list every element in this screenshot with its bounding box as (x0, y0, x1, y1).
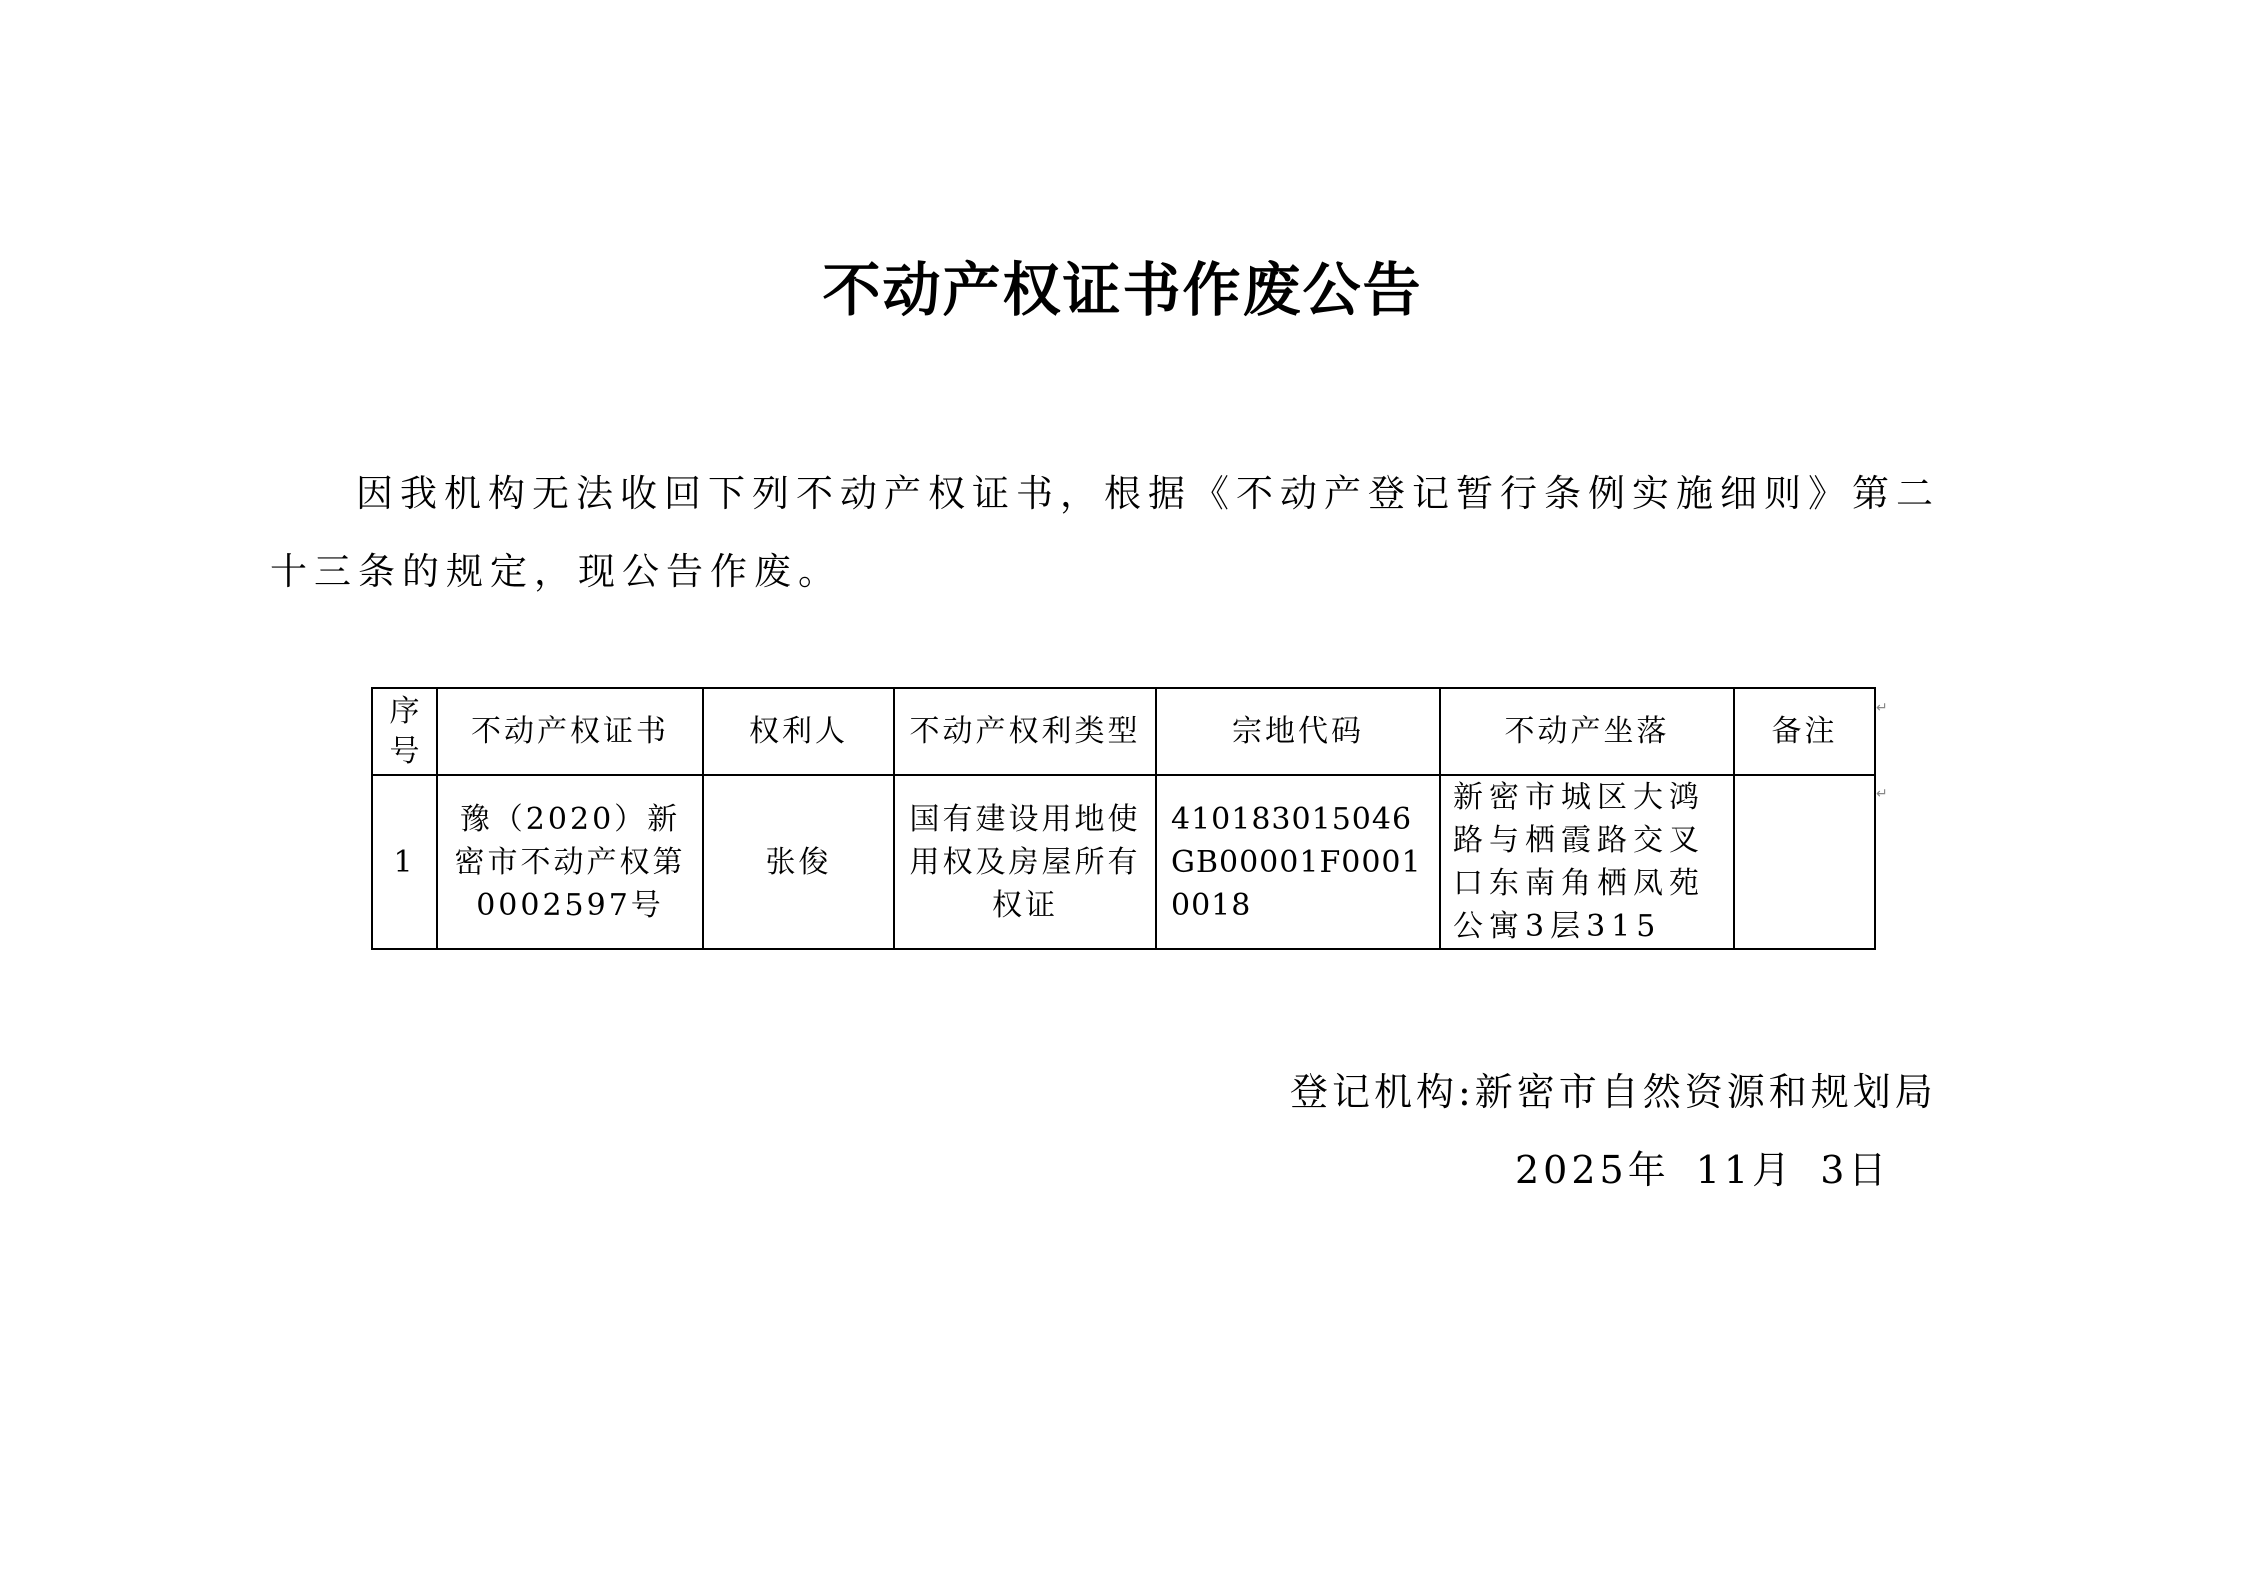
table-header-row: 序 号 不动产权证书 权利人 不动产权利类型 宗地代码 不动产坐落 备注 (372, 688, 1875, 775)
cell-seq: 1 (372, 775, 437, 949)
table-row: 1 豫（2020）新密市不动产权第0002597号 张俊 国有建设用地使用权及房… (372, 775, 1875, 949)
header-parcel-code: 宗地代码 (1156, 688, 1440, 775)
header-seq-line1: 序 (373, 692, 436, 732)
notice-body-paragraph: 因我机构无法收回下列不动产权证书，根据《不动产登记暂行条例实施细则》第二十三条的… (270, 455, 1960, 611)
cell-location: 新密市城区大鸿路与栖霞路交叉口东南角栖凤苑公寓3层315 (1440, 775, 1734, 949)
cell-parcel-code: 410183015046GB00001F00010018 (1156, 775, 1440, 949)
header-right-type: 不动产权利类型 (894, 688, 1156, 775)
header-seq: 序 号 (372, 688, 437, 775)
cell-certificate: 豫（2020）新密市不动产权第0002597号 (437, 775, 703, 949)
registration-authority: 登记机构:新密市自然资源和规划局 (1290, 1062, 1937, 1122)
header-right-holder: 权利人 (703, 688, 894, 775)
page-title: 不动产权证书作废公告 (0, 250, 2245, 330)
cell-remarks (1734, 775, 1875, 949)
voided-certificates-table: 序 号 不动产权证书 权利人 不动产权利类型 宗地代码 不动产坐落 备注 1 豫… (371, 687, 1876, 950)
cell-right-holder: 张俊 (703, 775, 894, 949)
header-location: 不动产坐落 (1440, 688, 1734, 775)
cell-right-type: 国有建设用地使用权及房屋所有权证 (894, 775, 1156, 949)
paragraph-mark-icon: ↵ (1876, 786, 1888, 802)
header-remarks: 备注 (1734, 688, 1875, 775)
header-seq-line2: 号 (373, 732, 436, 772)
signature-date: 2025年 11月 3日 (1515, 1140, 1890, 1200)
header-certificate: 不动产权证书 (437, 688, 703, 775)
paragraph-mark-icon: ↵ (1876, 700, 1888, 716)
